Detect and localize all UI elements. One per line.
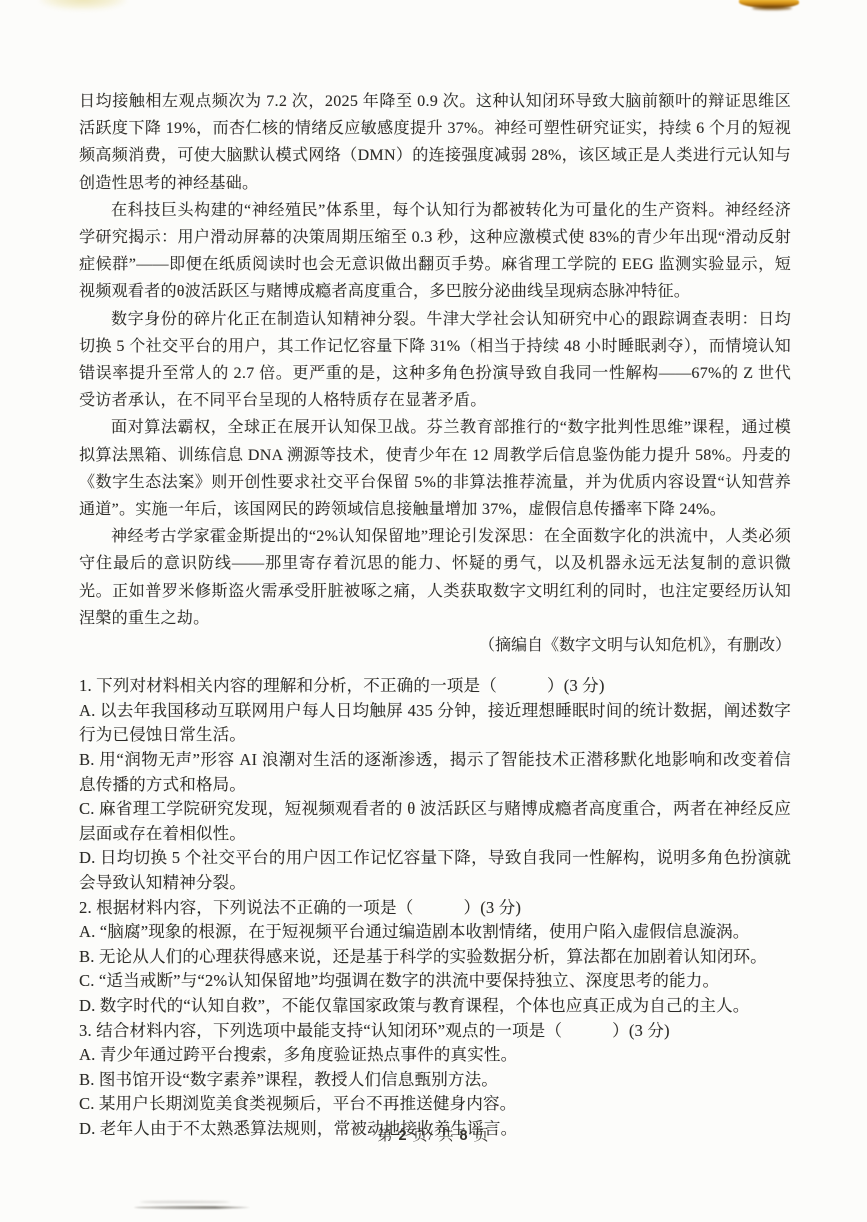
scan-smudge-bottom-icon [134, 1206, 250, 1209]
scan-smudge-top-left-icon [40, 0, 126, 10]
paragraph: 神经考古学家霍金斯提出的“2%认知保留地”理论引发深思：在全面数字化的洪流中，人… [79, 523, 791, 632]
question-3-option-a: A. 青少年通过跨平台搜索，多角度验证热点事件的真实性。 [79, 1043, 791, 1068]
paragraph-continuation: 日均接触相左观点频次为 7.2 次，2025 年降至 0.9 次。这种认知闭环导… [79, 88, 791, 197]
question-1-option-b: B. 用“润物无声”形容 AI 浪潮对生活的逐渐渗透，揭示了智能技术正潜移默化地… [79, 748, 791, 797]
page-body: 日均接触相左观点频次为 7.2 次，2025 年降至 0.9 次。这种认知闭环导… [79, 88, 791, 1142]
question-3-stem: 3. 结合材料内容，下列选项中最能支持“认知闭环”观点的一项是（ ）(3 分) [79, 1019, 791, 1044]
source-attribution: （摘编自《数字文明与认知危机》，有删改） [79, 632, 791, 659]
scan-smudge-bottom-faint-icon [140, 1201, 230, 1203]
question-1-stem: 1. 下列对材料相关内容的理解和分析，不正确的一项是（ ）(3 分) [79, 674, 791, 699]
scanned-exam-page: 日均接触相左观点频次为 7.2 次，2025 年降至 0.9 次。这种认知闭环导… [0, 0, 867, 1222]
question-1-option-a: A. 以去年我国移动互联网用户每人日均触屏 435 分钟，接近理想睡眠时间的统计… [79, 699, 791, 748]
paragraph: 在科技巨头构建的“神经殖民”体系里，每个认知行为都被转化为可量化的生产资料。神经… [79, 197, 791, 306]
footer-label: 第 [377, 1128, 393, 1144]
question-3-option-b: B. 图书馆开设“数字素养”课程，教授人们信息甄别方法。 [79, 1068, 791, 1093]
question-2-option-c: C. “适当戒断”与“2%认知保留地”均强调在数字的洪流中要保持独立、深度思考的… [79, 969, 791, 994]
footer-total-pages: 8 [459, 1128, 468, 1144]
question-1-option-d: D. 日均切换 5 个社交平台的用户因工作记忆容量下降，导致自我同一性解构，说明… [79, 846, 791, 895]
paragraph: 面对算法霸权，全球正在展开认知保卫战。芬兰教育部推行的“数字批判性思维”课程，通… [79, 414, 791, 523]
question-1-option-c: C. 麻省理工学院研究发现，短视频观看者的 θ 波活跃区与赌博成瘾者高度重合，两… [79, 797, 791, 846]
page-footer: 第2页/ 共8页 [0, 1124, 867, 1145]
question-2-stem: 2. 根据材料内容，下列说法不正确的一项是（ ）(3 分) [79, 896, 791, 921]
paragraph: 数字身份的碎片化正在制造认知精神分裂。牛津大学社会认知研究中心的跟踪调查表明：日… [79, 306, 791, 415]
question-2-option-a: A. “脑腐”现象的根源，在于短视频平台通过编造剧本收割情绪，使用户陷入虚假信息… [79, 920, 791, 945]
question-2-option-d: D. 数字时代的“认知自救”，不能仅靠国家政策与教育课程，个体也应真正成为自己的… [79, 994, 791, 1019]
footer-page-number: 2 [398, 1128, 407, 1144]
scan-gold-fragment-shadow-icon [752, 6, 792, 10]
footer-label: 页/ 共 [413, 1128, 455, 1144]
footer-label: 页 [474, 1128, 490, 1144]
question-2-option-b: B. 无论从人们的心理获得感来说，还是基于科学的实验数据分析，算法都在加剧着认知… [79, 945, 791, 970]
scan-gold-fragment-icon [739, 0, 799, 8]
questions-section: 1. 下列对材料相关内容的理解和分析，不正确的一项是（ ）(3 分) A. 以去… [79, 674, 791, 1141]
question-3-option-c: C. 某用户长期浏览美食类视频后，平台不再推送健身内容。 [79, 1092, 791, 1117]
